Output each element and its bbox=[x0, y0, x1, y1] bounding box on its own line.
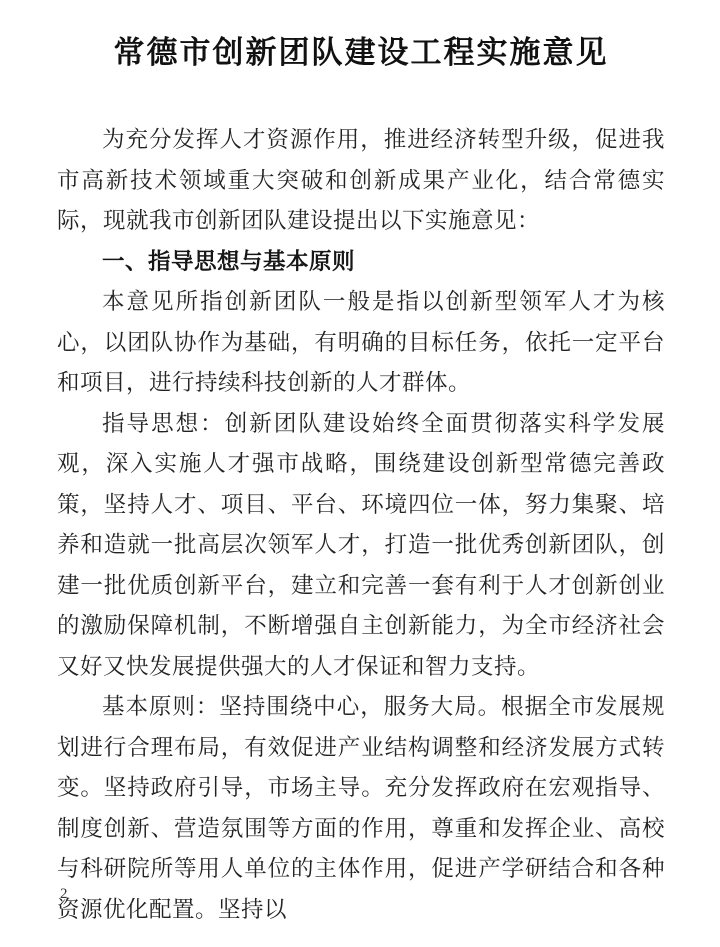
document-page: 常德市创新团队建设工程实施意见 为充分发挥人才资源作用，推进经济转型升级，促进我… bbox=[0, 0, 720, 947]
document-body: 为充分发挥人才资源作用，推进经济转型升级，促进我市高新技术领域重大突破和创新成果… bbox=[57, 120, 665, 930]
paragraph: 基本原则：坚持围绕中心，服务大局。根据全市发展规划进行合理布局，有效促进产业结构… bbox=[57, 687, 665, 930]
paragraph: 指导思想：创新团队建设始终全面贯彻落实科学发展观，深入实施人才强市战略，围绕建设… bbox=[57, 404, 665, 688]
document-title: 常德市创新团队建设工程实施意见 bbox=[57, 26, 665, 74]
paragraph: 为充分发挥人才资源作用，推进经济转型升级，促进我市高新技术领域重大突破和创新成果… bbox=[57, 120, 665, 242]
section-heading: 一、指导思想与基本原则 bbox=[57, 242, 665, 283]
page-number: 2 bbox=[60, 884, 68, 904]
paragraph: 本意见所指创新团队一般是指以创新型领军人才为核心，以团队协作为基础，有明确的目标… bbox=[57, 282, 665, 404]
